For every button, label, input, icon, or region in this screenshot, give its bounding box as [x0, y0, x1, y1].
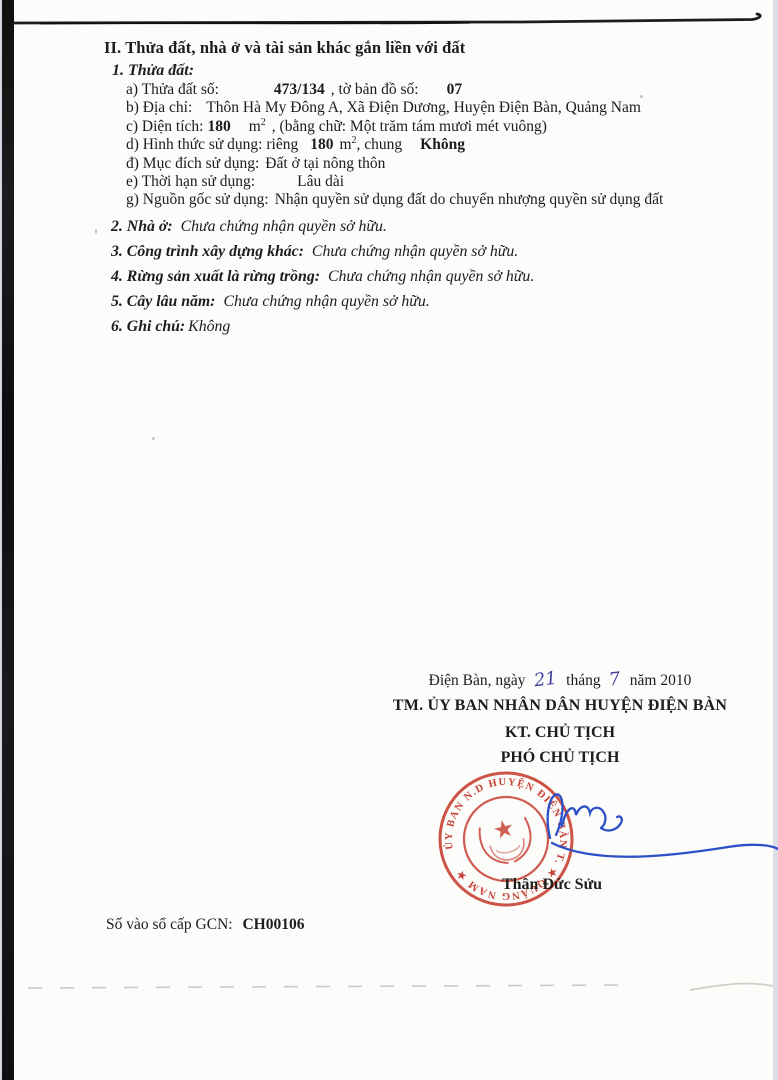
registry-label: Số vào sổ cấp GCN: [106, 916, 233, 933]
asset-items-list: 2. Nhà ở:Chưa chứng nhận quyền sở hữu. 3… [111, 218, 751, 343]
item-construction: 3. Công trình xây dựng khác:Chưa chứng n… [111, 243, 751, 261]
parcel-line-b: b) Địa chỉ:Thôn Hà My Đông A, Xã Điện Dư… [126, 99, 746, 117]
item-perennial-value: Chưa chứng nhận quyền sở hữu. [223, 293, 429, 310]
parcel-line-g: g) Nguồn gốc sử dụng:Nhận quyền sử dụng … [126, 191, 746, 209]
area-label: c) Diện tích: [126, 118, 203, 135]
date-place-prefix: Điện Bàn, ngày [429, 672, 526, 689]
item-notes-label: 6. Ghi chú: [111, 318, 185, 335]
scan-border-right [773, 0, 778, 1080]
parcel-line-c: c) Diện tích:180m2, (bằng chữ: Một trăm … [126, 118, 746, 136]
item-notes-value: Không [188, 318, 230, 335]
parcel-number-value: 473/134 [274, 81, 325, 98]
item-house-value: Chưa chứng nhận quyền sở hữu. [181, 218, 387, 235]
registry-value: CH00106 [242, 916, 304, 933]
item-construction-value: Chưa chứng nhận quyền sở hữu. [312, 243, 518, 260]
item-forest-label: 4. Rừng sản xuất là rừng trồng: [111, 268, 320, 285]
registry-line: Số vào sổ cấp GCN: CH00106 [106, 916, 304, 934]
signer-name: Thân Đức Sửu [452, 876, 652, 894]
item-house: 2. Nhà ở:Chưa chứng nhận quyền sở hữu. [111, 218, 751, 236]
date-year: năm 2010 [630, 672, 692, 689]
date-line: Điện Bàn, ngày 21 tháng 7 năm 2010 [378, 672, 742, 690]
item-perennial: 5. Cây lâu năm:Chưa chứng nhận quyền sở … [111, 293, 751, 311]
paper-speck [152, 437, 155, 440]
handwritten-day: 21 [534, 673, 558, 688]
address-label: b) Địa chỉ: [126, 99, 192, 116]
item-forest-value: Chưa chứng nhận quyền sở hữu. [328, 268, 534, 285]
term-label: e) Thời hạn sử dụng: [126, 173, 255, 190]
item-notes: 6. Ghi chú:Không [111, 318, 751, 336]
origin-label: g) Nguồn gốc sử dụng: [126, 191, 269, 208]
private-area-value: 180 [310, 136, 333, 153]
purpose-value: Đất ở tại nông thôn [265, 155, 385, 172]
area-unit: m2 [249, 118, 266, 135]
handwritten-month: 7 [609, 673, 622, 686]
top-scan-line [0, 0, 778, 40]
document-page: { "colors": { "stamp_red": "#c63a2c", "s… [0, 0, 778, 1080]
item-perennial-label: 5. Cây lâu năm: [111, 293, 215, 310]
private-area-unit: m2 [339, 136, 356, 153]
parcel-section-heading: 1. Thửa đất: [112, 62, 194, 80]
shared-use-label: , chung [357, 136, 403, 153]
paper-speck [95, 229, 97, 234]
origin-value: Nhận quyền sử dụng đất do chuyển nhượng … [275, 191, 664, 208]
bottom-scan-line [0, 975, 778, 1000]
use-form-label: d) Hình thức sử dụng: riêng [126, 136, 298, 153]
address-value: Thôn Hà My Đông A, Xã Điện Dương, Huyện … [206, 99, 641, 116]
parcel-line-a: a) Thửa đất số:473/134, tờ bản đồ số:07 [126, 81, 746, 99]
signature-ink [528, 780, 778, 875]
item-forest: 4. Rừng sản xuất là rừng trồng:Chưa chứn… [111, 268, 751, 286]
date-month-word: tháng [566, 672, 600, 689]
area-value: 180 [207, 118, 230, 135]
section-ii-title: II. Thửa đất, nhà ở và tài sản khác gắn … [104, 38, 465, 58]
scan-border-left [2, 0, 14, 1080]
parcel-line-d: d) Hình thức sử dụng: riêng180m2, chungK… [126, 136, 746, 154]
parcel-number-label: a) Thửa đất số: [126, 81, 219, 98]
term-value: Lâu dài [297, 173, 344, 190]
national-emblem-icon: ★ [477, 812, 536, 868]
item-construction-label: 3. Công trình xây dựng khác: [111, 243, 304, 260]
area-in-words: , (bằng chữ: Một trăm tám mươi mét vuông… [272, 118, 547, 135]
item-house-label: 2. Nhà ở: [111, 218, 173, 235]
parcel-line-e: e) Thời hạn sử dụng:Lâu dài [126, 173, 746, 191]
signer-title-kt: KT. CHỦ TỊCH [378, 724, 742, 742]
authority-line: TM. ỦY BAN NHÂN DÂN HUYỆN ĐIỆN BÀN [378, 697, 742, 715]
map-sheet-value: 07 [447, 81, 463, 98]
parcel-line-dd: đ) Mục đích sử dụng:Đất ở tại nông thôn [126, 155, 746, 173]
purpose-label: đ) Mục đích sử dụng: [126, 155, 259, 172]
map-sheet-label: , tờ bản đồ số: [331, 81, 419, 98]
star-icon: ★ [491, 815, 518, 845]
parcel-detail-lines: a) Thửa đất số:473/134, tờ bản đồ số:07 … [126, 81, 746, 210]
shared-use-value: Không [420, 136, 465, 153]
